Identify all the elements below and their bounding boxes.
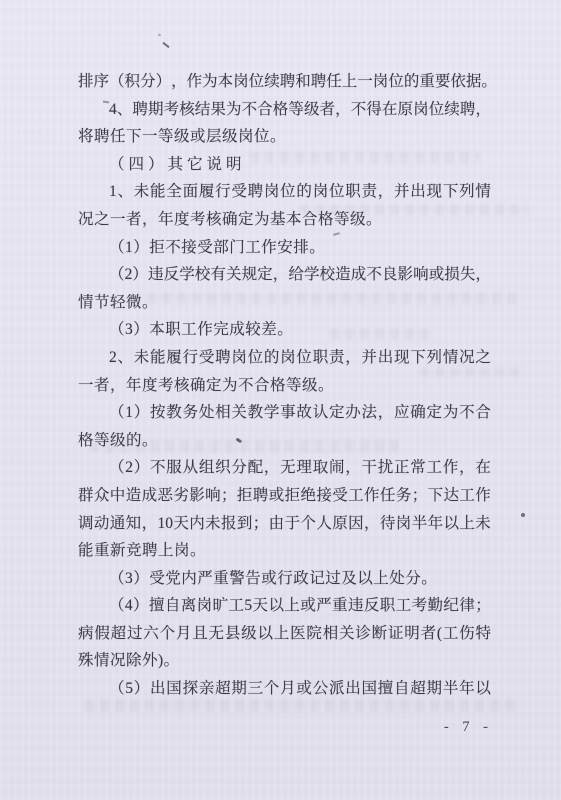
glyph: 半 xyxy=(412,510,428,538)
glyph: 10 xyxy=(157,510,173,538)
glyph: 或 xyxy=(296,675,312,703)
glyph: 拒 xyxy=(237,482,253,510)
glyph: 损 xyxy=(444,261,460,289)
glyph: 为 xyxy=(443,399,459,427)
glyph: 国 xyxy=(361,675,377,703)
glyph: 作 xyxy=(475,482,491,510)
glyph: 续 xyxy=(444,96,460,124)
text-line: 况之一者，年度考核确定为基本合格等级。 xyxy=(78,206,491,234)
glyph: 等 xyxy=(288,96,304,124)
glyph: 未 xyxy=(205,510,221,538)
glyph: 现 xyxy=(427,178,443,206)
glyph: 者 xyxy=(320,96,336,124)
glyph: 规 xyxy=(242,261,258,289)
glyph: （ xyxy=(109,592,125,620)
glyph: 为 xyxy=(226,96,242,124)
glyph: 期 xyxy=(231,675,247,703)
glyph: 核 xyxy=(179,96,195,124)
glyph: 反 xyxy=(364,592,380,620)
glyph: 影 xyxy=(398,261,414,289)
text-line: 4、聘期考核结果为不合格等级者，不得在原岗位续聘， xyxy=(78,96,491,124)
scan-speck-dot xyxy=(158,33,162,36)
glyph: 出 xyxy=(410,178,426,206)
glyph: 格 xyxy=(273,96,289,124)
glyph: 期 xyxy=(148,96,164,124)
glyph: 不 xyxy=(366,261,382,289)
glyph: 作 xyxy=(187,68,203,96)
glyph: 位 xyxy=(248,344,264,372)
glyph: （ xyxy=(109,261,125,289)
glyph: 位 xyxy=(249,68,265,96)
text-line: （5）出国探亲超期三个月或公派出国擅自超期半年以 xyxy=(78,675,491,703)
glyph: 聘 xyxy=(280,68,296,96)
glyph: 服 xyxy=(166,454,182,482)
glyph: 国 xyxy=(166,675,182,703)
glyph: 位 xyxy=(329,178,345,206)
glyph: 4 xyxy=(109,96,117,124)
glyph: 列 xyxy=(427,344,443,372)
glyph: 病 xyxy=(78,620,94,648)
glyph: 月 xyxy=(280,675,296,703)
text-line: 排序（积分），作为本岗位续聘和聘任上一岗位的重要依据。 xyxy=(78,68,491,96)
glyph: 院 xyxy=(306,620,322,648)
glyph: 学 xyxy=(264,399,280,427)
glyph: 到 xyxy=(237,510,253,538)
glyph: 级 xyxy=(241,620,257,648)
glyph: ， xyxy=(345,454,361,482)
glyph: 上 xyxy=(284,592,300,620)
glyph: 通 xyxy=(110,510,126,538)
text-line: 群众中造成恶劣影响；拒聘或拒绝接受工作任务；下达工作 xyxy=(78,482,491,510)
glyph: 责 xyxy=(361,178,377,206)
glyph: 劣 xyxy=(173,482,189,510)
text-line: 情节轻微。 xyxy=(78,289,491,317)
glyph: 人 xyxy=(316,510,332,538)
glyph: 一 xyxy=(357,68,373,96)
glyph: 分 xyxy=(140,68,156,96)
glyph: 的 xyxy=(404,68,420,96)
glyph: 造 xyxy=(335,261,351,289)
glyph: 或 xyxy=(300,592,316,620)
glyph: 序 xyxy=(94,68,110,96)
glyph: 不 xyxy=(459,399,475,427)
glyph: 岗 xyxy=(233,68,249,96)
glyph: 理 xyxy=(296,454,312,482)
glyph: 出 xyxy=(378,344,394,372)
glyph: 者 xyxy=(421,620,437,648)
glyph: （ xyxy=(109,675,125,703)
glyph: 况 xyxy=(459,344,475,372)
glyph: 职 xyxy=(380,592,396,620)
glyph: 5 xyxy=(125,675,133,703)
text-line: 殊情况除外)。 xyxy=(78,647,491,675)
glyph: ） xyxy=(134,454,150,482)
glyph: ， xyxy=(475,261,491,289)
glyph: 岗 xyxy=(231,344,247,372)
glyph: 务 xyxy=(183,399,199,427)
glyph: ( xyxy=(437,620,442,648)
glyph: 下 xyxy=(443,178,459,206)
glyph: 工 xyxy=(396,592,412,620)
glyph: 以 xyxy=(268,592,284,620)
glyph: 按 xyxy=(150,399,166,427)
text-line: 一者，年度考核确定为不合格等级。 xyxy=(78,372,491,400)
glyph: 位 xyxy=(280,178,296,206)
glyph: 上 xyxy=(342,68,358,96)
glyph: 原 xyxy=(332,510,348,538)
glyph: 月 xyxy=(176,620,192,648)
glyph: 过 xyxy=(127,620,143,648)
glyph: 务 xyxy=(396,482,412,510)
glyph: 结 xyxy=(195,96,211,124)
glyph: 闹 xyxy=(329,454,345,482)
glyph: 续 xyxy=(264,68,280,96)
glyph: 教 xyxy=(166,399,182,427)
glyph: 由 xyxy=(269,510,285,538)
glyph: 特 xyxy=(475,620,491,648)
glyph: ） xyxy=(133,592,149,620)
glyph: 达 xyxy=(443,482,459,510)
glyph: 知 xyxy=(126,510,142,538)
glyph: 个 xyxy=(264,675,280,703)
glyph: 岗 xyxy=(197,592,213,620)
glyph: 纪 xyxy=(443,592,459,620)
glyph: 处 xyxy=(199,399,215,427)
glyph: 位 xyxy=(296,344,312,372)
glyph: 医 xyxy=(290,620,306,648)
glyph: 聘 xyxy=(253,482,269,510)
glyph: 响 xyxy=(413,261,429,289)
glyph: ； xyxy=(253,510,269,538)
glyph: 绝 xyxy=(300,482,316,510)
glyph: 职 xyxy=(313,344,329,372)
glyph: 天 xyxy=(253,592,269,620)
glyph: 接 xyxy=(316,482,332,510)
page-number: - 7 - xyxy=(444,719,493,736)
glyph: 之 xyxy=(475,344,491,372)
glyph: 超 xyxy=(215,675,231,703)
scan-speck-period xyxy=(521,513,525,517)
text-line: （1）按教务处相关教学事故认定办法，应确定为不合 xyxy=(78,399,491,427)
text-line: 调动通知，10天内未报到；由于个人原因，待岗半年以上未 xyxy=(78,510,491,538)
text-line: （2）不服从组织分配，无理取闹，干扰正常工作，在 xyxy=(78,454,491,482)
glyph: 或 xyxy=(269,482,285,510)
glyph: 受 xyxy=(231,178,247,206)
glyph: 且 xyxy=(192,620,208,648)
glyph: 上 xyxy=(274,620,290,648)
glyph: 要 xyxy=(435,68,451,96)
text-line: 格等级的。 xyxy=(78,427,491,455)
glyph: 或 xyxy=(429,261,445,289)
glyph: 校 xyxy=(195,261,211,289)
glyph: 内 xyxy=(189,510,205,538)
glyph: 任 xyxy=(380,482,396,510)
glyph: （ xyxy=(109,399,125,427)
glyph: 关 xyxy=(339,620,355,648)
glyph: 律 xyxy=(459,592,475,620)
text-line: （4）擅自离岗旷工5天以上或严重违反职工考勤纪律； xyxy=(78,592,491,620)
text-line: 2、未能履行受聘岗位的岗位职责，并出现下列情况之 xyxy=(78,344,491,372)
glyph: 责 xyxy=(329,344,345,372)
glyph: 受 xyxy=(199,344,215,372)
glyph: 校 xyxy=(320,261,336,289)
glyph: 期 xyxy=(427,675,443,703)
glyph: （ xyxy=(109,68,125,96)
glyph: 恶 xyxy=(157,482,173,510)
glyph: 取 xyxy=(313,454,329,482)
glyph: ， xyxy=(459,454,475,482)
glyph: 出 xyxy=(345,675,361,703)
glyph: 给 xyxy=(288,261,304,289)
glyph: 岗 xyxy=(264,178,280,206)
glyph: 办 xyxy=(345,399,361,427)
glyph: 关 xyxy=(231,399,247,427)
glyph: ； xyxy=(475,592,491,620)
glyph: 工 xyxy=(443,620,459,648)
glyph: 法 xyxy=(361,399,377,427)
glyph: 合 xyxy=(475,399,491,427)
glyph: 严 xyxy=(316,592,332,620)
glyph: 情 xyxy=(475,178,491,206)
glyph: 半 xyxy=(443,675,459,703)
glyph: ， xyxy=(335,96,351,124)
glyph: 聘 xyxy=(248,178,264,206)
glyph: 假 xyxy=(94,620,110,648)
glyph: 上 xyxy=(459,510,475,538)
glyph: 的 xyxy=(264,344,280,372)
glyph: 自 xyxy=(394,675,410,703)
glyph: 列 xyxy=(459,178,475,206)
glyph: 关 xyxy=(226,261,242,289)
glyph: ， xyxy=(475,96,491,124)
glyph: 受 xyxy=(332,482,348,510)
text-line: （四）其它说明 xyxy=(78,151,491,179)
glyph: ； xyxy=(412,482,428,510)
glyph: 超 xyxy=(111,620,127,648)
glyph: 造 xyxy=(126,482,142,510)
glyph: 职 xyxy=(345,178,361,206)
glyph: 不 xyxy=(351,96,367,124)
glyph: 聘 xyxy=(132,96,148,124)
glyph: 考 xyxy=(412,592,428,620)
glyph: 明 xyxy=(404,620,420,648)
glyph: 派 xyxy=(329,675,345,703)
glyph: 定 xyxy=(329,399,345,427)
glyph: ， xyxy=(378,178,394,206)
scanned-document-page: 排序（积分），作为本岗位续聘和聘任上一岗位的重要依据。4、聘期考核结果为不合格等… xyxy=(0,0,561,800)
glyph: 擅 xyxy=(378,675,394,703)
glyph: ， xyxy=(171,68,187,96)
glyph: 有 xyxy=(210,261,226,289)
glyph: 履 xyxy=(199,178,215,206)
glyph: 年 xyxy=(459,675,475,703)
glyph: 成 xyxy=(351,261,367,289)
glyph: 以 xyxy=(475,675,491,703)
glyph: 全 xyxy=(166,178,182,206)
glyph: 群 xyxy=(78,482,94,510)
glyph: 考 xyxy=(164,96,180,124)
glyph: 正 xyxy=(394,454,410,482)
glyph: 级 xyxy=(304,96,320,124)
glyph: 任 xyxy=(326,68,342,96)
glyph: 、 xyxy=(118,178,134,206)
glyph: 据 xyxy=(466,68,482,96)
glyph: 在 xyxy=(475,454,491,482)
glyph: 中 xyxy=(110,482,126,510)
glyph: 确 xyxy=(410,399,426,427)
glyph: 事 xyxy=(280,399,296,427)
glyph: 定 xyxy=(257,261,273,289)
glyph: 从 xyxy=(183,454,199,482)
glyph: ， xyxy=(378,399,394,427)
glyph: 作 xyxy=(443,454,459,482)
document-body: 排序（积分），作为本岗位续聘和聘任上一岗位的重要依据。4、聘期考核结果为不合格等… xyxy=(78,68,491,703)
glyph: 相 xyxy=(215,399,231,427)
glyph: 于 xyxy=(285,510,301,538)
glyph: ） xyxy=(156,68,172,96)
glyph: 反 xyxy=(164,261,180,289)
text-line: 病假超过六个月且无县级以上医院相关诊断证明者(工伤特 xyxy=(78,620,491,648)
glyph: 工 xyxy=(427,454,443,482)
glyph: 教 xyxy=(248,399,264,427)
glyph: 能 xyxy=(150,178,166,206)
glyph: 断 xyxy=(372,620,388,648)
glyph: 天 xyxy=(173,510,189,538)
glyph: ， xyxy=(142,510,158,538)
glyph: 和 xyxy=(295,68,311,96)
glyph: 自 xyxy=(165,592,181,620)
glyph: 组 xyxy=(199,454,215,482)
glyph: 依 xyxy=(450,68,466,96)
glyph: ， xyxy=(364,510,380,538)
glyph: ； xyxy=(221,482,237,510)
glyph: 4 xyxy=(125,592,133,620)
scan-speck-tick xyxy=(162,42,170,49)
glyph: 重 xyxy=(332,592,348,620)
glyph: 下 xyxy=(410,344,426,372)
glyph: 定 xyxy=(427,399,443,427)
glyph: 未 xyxy=(134,178,150,206)
glyph: 行 xyxy=(183,344,199,372)
glyph: 众 xyxy=(94,482,110,510)
glyph: 果 xyxy=(210,96,226,124)
glyph: 2 xyxy=(109,344,117,372)
glyph: 拒 xyxy=(285,482,301,510)
glyph: 分 xyxy=(231,454,247,482)
text-line: 将聘任下一等级或层级岗位。 xyxy=(78,123,491,151)
glyph: 下 xyxy=(428,482,444,510)
glyph: 个 xyxy=(300,510,316,538)
glyph: 位 xyxy=(429,96,445,124)
glyph: 无 xyxy=(280,454,296,482)
glyph: 违 xyxy=(348,592,364,620)
text-line: （1）拒不接受部门工作安排。 xyxy=(78,234,491,262)
glyph: 未 xyxy=(475,510,491,538)
glyph: 现 xyxy=(394,344,410,372)
glyph: 以 xyxy=(443,510,459,538)
glyph: 聘 xyxy=(215,344,231,372)
glyph: 情 xyxy=(443,344,459,372)
glyph: 合 xyxy=(257,96,273,124)
glyph: 面 xyxy=(183,178,199,206)
glyph: 、 xyxy=(117,96,133,124)
glyph: 出 xyxy=(150,675,166,703)
glyph: 2 xyxy=(125,454,133,482)
glyph: 良 xyxy=(382,261,398,289)
glyph: 行 xyxy=(215,178,231,206)
glyph: 岗 xyxy=(313,178,329,206)
glyph: ） xyxy=(132,261,148,289)
glyph: 公 xyxy=(313,675,329,703)
glyph: 岗 xyxy=(396,510,412,538)
glyph: 作 xyxy=(364,482,380,510)
glyph: 岗 xyxy=(413,96,429,124)
glyph: 失 xyxy=(460,261,476,289)
glyph: 配 xyxy=(248,454,264,482)
glyph: 县 xyxy=(225,620,241,648)
glyph: 的 xyxy=(296,178,312,206)
glyph: 超 xyxy=(410,675,426,703)
glyph: 1 xyxy=(125,399,133,427)
glyph: 不 xyxy=(242,96,258,124)
glyph: 并 xyxy=(394,178,410,206)
glyph: 履 xyxy=(166,344,182,372)
glyph: 工 xyxy=(228,592,244,620)
glyph: 常 xyxy=(410,454,426,482)
glyph: 在 xyxy=(382,96,398,124)
glyph: ， xyxy=(264,454,280,482)
glyph: 因 xyxy=(348,510,364,538)
glyph: 伤 xyxy=(459,620,475,648)
glyph: 无 xyxy=(209,620,225,648)
glyph: 诊 xyxy=(355,620,371,648)
glyph: ） xyxy=(134,399,150,427)
glyph: 旷 xyxy=(213,592,229,620)
glyph: 个 xyxy=(160,620,176,648)
glyph: 重 xyxy=(419,68,435,96)
glyph: 响 xyxy=(205,482,221,510)
glyph: 报 xyxy=(221,510,237,538)
glyph: 擅 xyxy=(149,592,165,620)
glyph: （ xyxy=(109,454,125,482)
glyph: 不 xyxy=(150,454,166,482)
glyph: 六 xyxy=(143,620,159,648)
glyph: 岗 xyxy=(373,68,389,96)
glyph: 影 xyxy=(189,482,205,510)
glyph: 离 xyxy=(181,592,197,620)
glyph: 待 xyxy=(380,510,396,538)
text-line: （3）受党内严重警告或行政记过及以上处分。 xyxy=(78,565,491,593)
glyph: 、 xyxy=(118,344,134,372)
glyph: 未 xyxy=(134,344,150,372)
glyph: 为 xyxy=(202,68,218,96)
glyph: 三 xyxy=(248,675,264,703)
glyph: 聘 xyxy=(311,68,327,96)
glyph: 本 xyxy=(218,68,234,96)
glyph: 1 xyxy=(109,178,117,206)
text-line: 能重新竞聘上岗。 xyxy=(78,537,491,565)
glyph: 聘 xyxy=(460,96,476,124)
glyph: ） xyxy=(134,675,150,703)
glyph: 成 xyxy=(142,482,158,510)
glyph: 勤 xyxy=(428,592,444,620)
glyph: 。 xyxy=(481,68,497,96)
glyph: 并 xyxy=(361,344,377,372)
glyph: 排 xyxy=(78,68,94,96)
glyph: 证 xyxy=(388,620,404,648)
glyph: 相 xyxy=(323,620,339,648)
text-line: （3）本职工作完成较差。 xyxy=(78,316,491,344)
